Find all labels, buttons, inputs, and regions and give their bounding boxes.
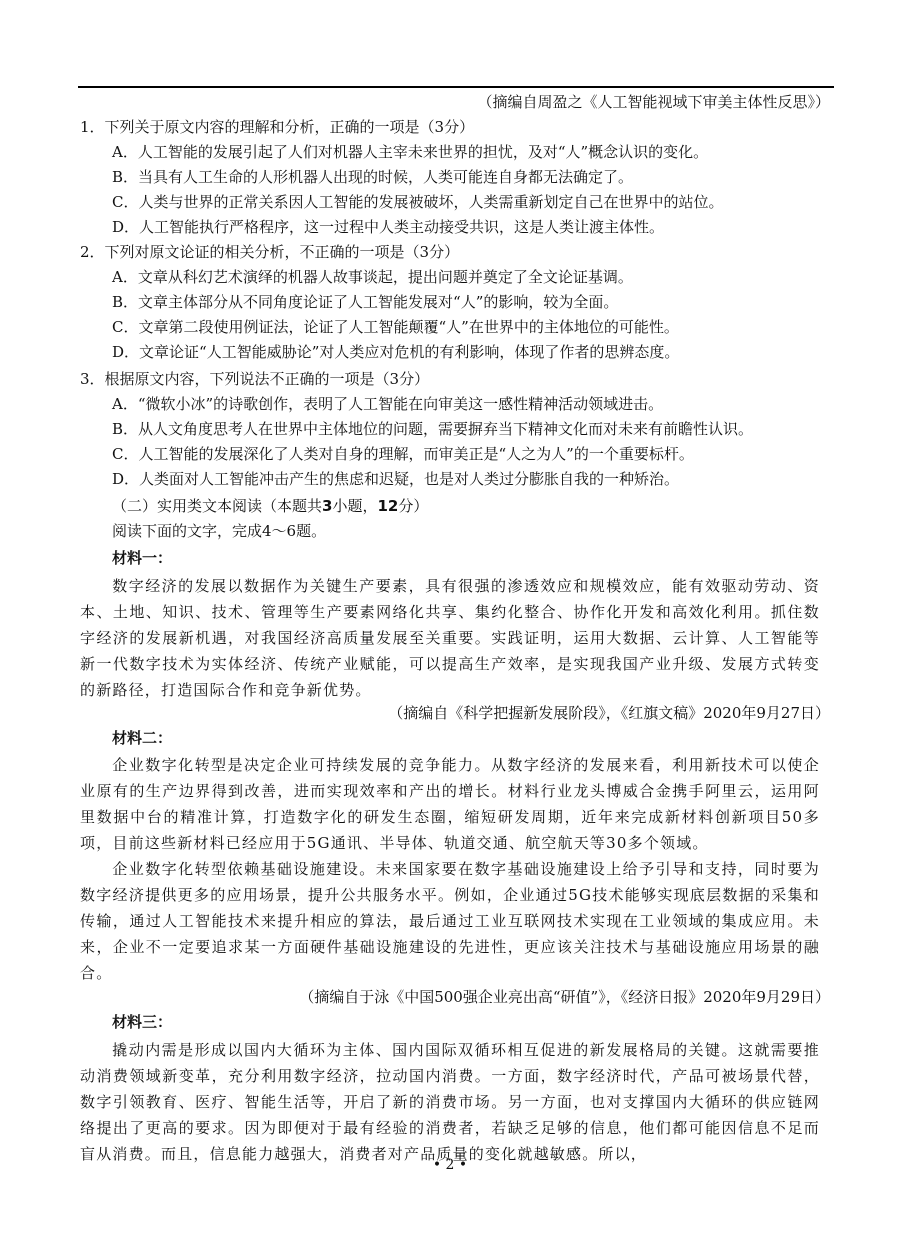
question-3-option-d: D．人类面对人工智能冲击产生的焦虑和迟疑，也是对人类过分膨胀自我的一种矫治。: [112, 469, 679, 489]
material-2-source: （摘编自于泳《中国500强企业亮出高“研值”》，《经济日报》2020年9月29日…: [299, 987, 830, 1007]
section-2-title-suffix: 分）: [398, 497, 428, 515]
material-2-paragraph-1: 企业数字化转型是决定企业可持续发展的竞争能力。从数字经济的发展来看，利用新技术可…: [80, 752, 820, 856]
question-2-option-a: A．文章从科幻艺术演绎的机器人故事谈起，提出问题并奠定了全文论证基调。: [112, 267, 633, 287]
question-3-option-c: C．人工智能的发展深化了人类对自身的理解，而审美正是“人之为人”的一个重要标杆。: [112, 444, 694, 464]
section-2-instruction: 阅读下面的文字，完成4～6题。: [112, 521, 326, 541]
question-2-option-c: C．文章第二段使用例证法，论证了人工智能颠覆“人”在世界中的主体地位的可能性。: [112, 317, 679, 337]
section-2-title-mid: 小题，: [332, 497, 377, 515]
question-3-stem: 3．根据原文内容，下列说法不正确的一项是（3分）: [80, 369, 429, 389]
question-3-option-b: B．从人文角度思考人在世界中主体地位的问题，需要摒弃当下精神文化而对未来有前瞻性…: [112, 419, 753, 439]
question-1-option-a: A．人工智能的发展引起了人们对机器人主宰未来世界的担忧，及对“人”概念认识的变化…: [112, 142, 708, 162]
material-2-paragraph-2-text: 企业数字化转型依赖基础设施建设。未来国家要在数字基础设施建设上给予引导和支持，同…: [80, 860, 820, 982]
section-2-title-prefix: （二）实用类文本阅读（本题共: [112, 497, 322, 515]
question-2-stem: 2．下列对原文论证的相关分析，不正确的一项是（3分）: [80, 242, 459, 262]
section-2-total-score: 12: [377, 497, 398, 515]
question-2-option-d: D．文章论证“人工智能威胁论”对人类应对危机的有利影响，体现了作者的思辨态度。: [112, 342, 679, 362]
material-3-paragraph-text: 撬动内需是形成以国内大循环为主体、国内国际双循环相互促进的新发展格局的关键。这就…: [80, 1041, 820, 1163]
material-2-paragraph-2: 企业数字化转型依赖基础设施建设。未来国家要在数字基础设施建设上给予引导和支持，同…: [80, 856, 820, 986]
page-number: • 2 •: [0, 1157, 900, 1173]
material-2-paragraph-1-text: 企业数字化转型是决定企业可持续发展的竞争能力。从数字经济的发展来看，利用新技术可…: [80, 756, 820, 852]
material-3-label: 材料三：: [112, 1012, 172, 1032]
question-1-option-c: C．人类与世界的正常关系因人工智能的发展被破坏，人类需重新划定自己在世界中的站位…: [112, 192, 723, 212]
question-3-option-a: A．“微软小冰”的诗歌创作，表明了人工智能在向审美这一感性精神活动领域进击。: [112, 394, 663, 414]
material-1-source: （摘编自《科学把握新发展阶段》，《红旗文稿》2020年9月27日）: [388, 703, 830, 723]
question-2-option-b: B．文章主体部分从不同角度论证了人工智能发展对“人”的影响，较为全面。: [112, 292, 618, 312]
material-1-paragraph-text: 数字经济的发展以数据作为关键生产要素，具有很强的渗透效应和规模效应，能有效驱动劳…: [80, 577, 820, 699]
material-3-paragraph: 撬动内需是形成以国内大循环为主体、国内国际双循环相互促进的新发展格局的关键。这就…: [80, 1037, 820, 1167]
material-1-label: 材料一：: [112, 548, 172, 568]
material-2-label: 材料二：: [112, 728, 172, 748]
section-2-question-count: 3: [322, 497, 332, 515]
top-rule: [78, 86, 834, 88]
material-1-paragraph: 数字经济的发展以数据作为关键生产要素，具有很强的渗透效应和规模效应，能有效驱动劳…: [80, 573, 820, 703]
section-2-title: （二）实用类文本阅读（本题共3小题，12分）: [112, 496, 428, 516]
question-1-option-b: B．当具有人工生命的人形机器人出现的时候，人类可能连自身都无法确定了。: [112, 167, 633, 187]
question-1-stem: 1．下列关于原文内容的理解和分析，正确的一项是（3分）: [80, 117, 474, 137]
source-citation-top: （摘编自周盈之《人工智能视域下审美主体性反思》）: [477, 92, 830, 112]
question-1-option-d: D．人工智能执行严格程序，这一过程中人类主动接受共识，这是人类让渡主体性。: [112, 217, 664, 237]
